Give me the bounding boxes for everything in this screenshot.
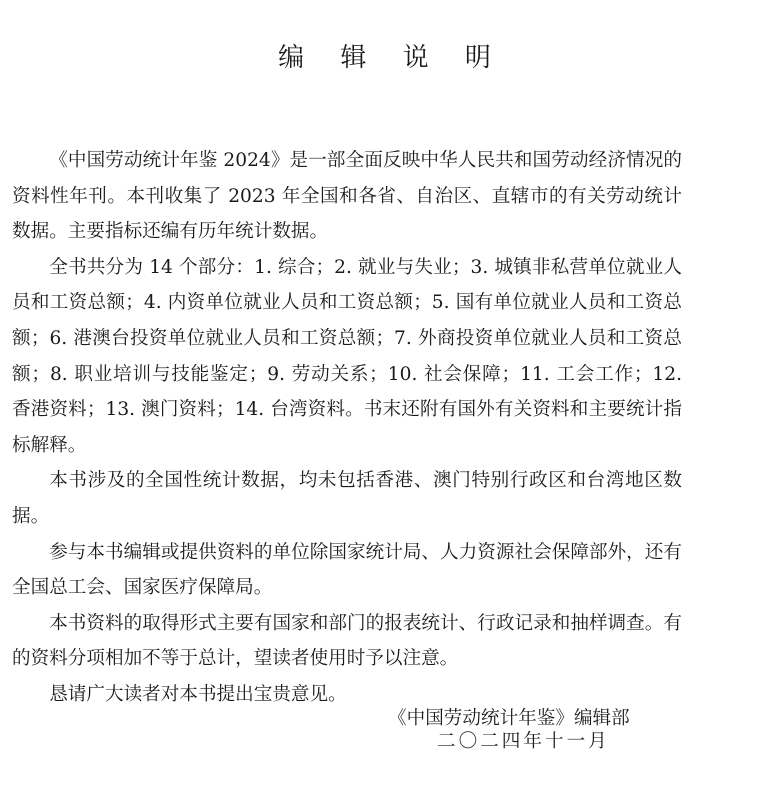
signature-department: 《中国劳动统计年鉴》编辑部 [388, 708, 630, 730]
paragraph-scope: 本书涉及的全国性统计数据，均未包括香港、澳门特别行政区和台湾地区数据。 [12, 463, 682, 534]
page-title: 编 辑 说 明 [0, 37, 769, 74]
signature-date: 二〇二四年十一月 [437, 731, 610, 753]
paragraph-contents: 全书共分为 14 个部分：1. 综合；2. 就业与失业；3. 城镇非私营单位就业… [12, 250, 682, 464]
document-body: 《中国劳动统计年鉴 2024》是一部全面反映中华人民共和国劳动经济情况的资料性年… [12, 143, 682, 713]
paragraph-intro: 《中国劳动统计年鉴 2024》是一部全面反映中华人民共和国劳动经济情况的资料性年… [12, 143, 682, 250]
paragraph-sources: 本书资料的取得形式主要有国家和部门的报表统计、行政记录和抽样调查。有的资料分项相… [12, 606, 682, 677]
paragraph-contributors: 参与本书编辑或提供资料的单位除国家统计局、人力资源社会保障部外，还有全国总工会、… [12, 535, 682, 606]
